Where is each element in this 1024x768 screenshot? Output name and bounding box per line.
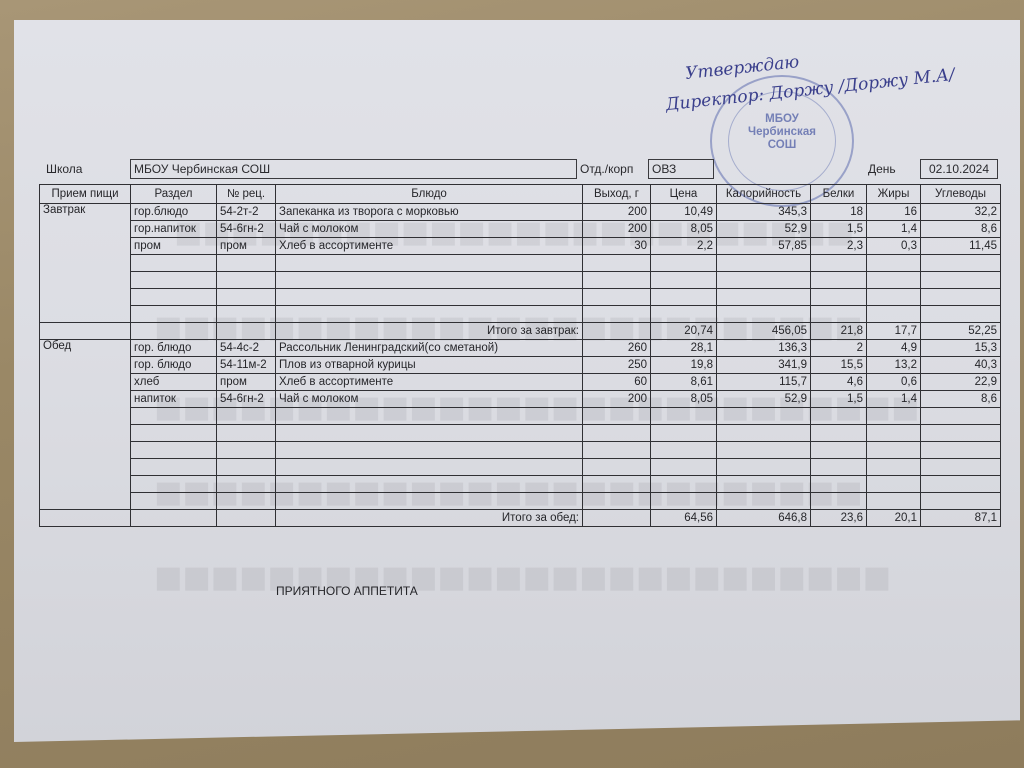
dish-cell: Рассольник Ленинградский(со сметаной)	[276, 340, 583, 357]
dish-cell	[276, 425, 583, 442]
section-cell: гор. блюдо	[131, 357, 217, 374]
total-row: Итого за обед:64,56646,823,620,187,1	[40, 510, 1001, 527]
fat-cell	[867, 408, 921, 425]
fat-cell: 0,3	[867, 238, 921, 255]
section-cell: гор.напиток	[131, 221, 217, 238]
protein-cell	[811, 476, 867, 493]
table-row-empty	[40, 306, 1001, 323]
protein-cell: 15,5	[811, 357, 867, 374]
meal-name-cell	[40, 272, 131, 289]
table-row-empty	[40, 493, 1001, 510]
dept-label: Отд./корп	[580, 162, 633, 176]
stamp-line: Чербинская	[712, 126, 852, 139]
meal-name-cell	[40, 493, 131, 510]
price-cell: 8,05	[651, 221, 717, 238]
total-kcal-cell: 456,05	[717, 323, 811, 340]
kcal-cell	[717, 459, 811, 476]
protein-cell	[811, 306, 867, 323]
protein-cell: 2	[811, 340, 867, 357]
dish-cell: Чай с молоком	[276, 221, 583, 238]
col-header-meal: Прием пищи	[40, 185, 131, 204]
stamp-line: МБОУ	[712, 113, 852, 126]
dish-cell: Плов из отварной курицы	[276, 357, 583, 374]
table-row-empty	[40, 272, 1001, 289]
total-label: Итого за обед:	[276, 510, 583, 527]
fat-cell: 0,6	[867, 374, 921, 391]
carbs-cell: 32,2	[921, 204, 1001, 221]
col-header-section: Раздел	[131, 185, 217, 204]
price-cell	[651, 493, 717, 510]
fat-cell: 1,4	[867, 221, 921, 238]
recipe-cell	[217, 289, 276, 306]
kcal-cell	[717, 272, 811, 289]
kcal-cell	[717, 493, 811, 510]
price-cell: 19,8	[651, 357, 717, 374]
dish-cell	[276, 272, 583, 289]
kcal-cell: 345,3	[717, 204, 811, 221]
section-cell: гор. блюдо	[131, 340, 217, 357]
kcal-cell	[717, 476, 811, 493]
price-cell	[651, 425, 717, 442]
price-cell: 10,49	[651, 204, 717, 221]
protein-cell	[811, 459, 867, 476]
section-cell: напиток	[131, 391, 217, 408]
fat-cell	[867, 425, 921, 442]
fat-cell	[867, 493, 921, 510]
recipe-cell	[217, 476, 276, 493]
meal-name-cell	[40, 459, 131, 476]
section-cell	[131, 476, 217, 493]
yield-cell	[583, 442, 651, 459]
menu-table: Прием пищи Раздел № рец. Блюдо Выход, г …	[39, 184, 1001, 527]
recipe-cell	[217, 493, 276, 510]
total-kcal-cell: 646,8	[717, 510, 811, 527]
col-header-price: Цена	[651, 185, 717, 204]
price-cell: 8,61	[651, 374, 717, 391]
total-carbs-cell: 87,1	[921, 510, 1001, 527]
section-cell	[131, 306, 217, 323]
meal-name-cell	[40, 289, 131, 306]
col-header-protein: Белки	[811, 185, 867, 204]
carbs-cell	[921, 272, 1001, 289]
protein-cell: 18	[811, 204, 867, 221]
protein-cell: 4,6	[811, 374, 867, 391]
table-row: гор.напиток54-6гн-2Чай с молоком2008,055…	[40, 221, 1001, 238]
table-row: напиток54-6гн-2Чай с молоком2008,0552,91…	[40, 391, 1001, 408]
recipe-cell: 54-4с-2	[217, 340, 276, 357]
yield-cell	[583, 408, 651, 425]
fat-cell: 13,2	[867, 357, 921, 374]
meal-name-cell	[40, 255, 131, 272]
carbs-cell	[921, 306, 1001, 323]
fat-cell: 4,9	[867, 340, 921, 357]
price-cell	[651, 459, 717, 476]
dish-cell	[276, 476, 583, 493]
carbs-cell	[921, 408, 1001, 425]
meal-name-cell	[40, 425, 131, 442]
yield-cell: 200	[583, 391, 651, 408]
total-recipe-cell	[217, 323, 276, 340]
kcal-cell	[717, 306, 811, 323]
protein-cell	[811, 442, 867, 459]
kcal-cell: 115,7	[717, 374, 811, 391]
carbs-cell	[921, 459, 1001, 476]
price-cell: 28,1	[651, 340, 717, 357]
recipe-cell: 54-6гн-2	[217, 221, 276, 238]
price-cell	[651, 442, 717, 459]
school-label: Школа	[46, 162, 82, 176]
total-protein-cell: 21,8	[811, 323, 867, 340]
yield-cell	[583, 425, 651, 442]
recipe-cell	[217, 459, 276, 476]
kcal-cell	[717, 425, 811, 442]
fat-cell	[867, 442, 921, 459]
recipe-cell: пром	[217, 238, 276, 255]
price-cell	[651, 408, 717, 425]
kcal-cell	[717, 442, 811, 459]
meal-name-cell	[40, 442, 131, 459]
recipe-cell: 54-2т-2	[217, 204, 276, 221]
dish-cell	[276, 255, 583, 272]
protein-cell: 1,5	[811, 221, 867, 238]
recipe-cell	[217, 425, 276, 442]
table-row-empty	[40, 425, 1001, 442]
dish-cell	[276, 493, 583, 510]
meal-name-cell	[40, 238, 131, 255]
day-label: День	[868, 162, 896, 176]
section-cell	[131, 272, 217, 289]
carbs-cell	[921, 255, 1001, 272]
table-row-empty	[40, 459, 1001, 476]
section-cell: пром	[131, 238, 217, 255]
dish-cell: Хлеб в ассортименте	[276, 374, 583, 391]
carbs-cell	[921, 289, 1001, 306]
yield-cell	[583, 255, 651, 272]
total-price-cell: 64,56	[651, 510, 717, 527]
fat-cell	[867, 255, 921, 272]
stamp-text: МБОУ Чербинская СОШ	[712, 113, 852, 152]
meal-name-cell	[40, 357, 131, 374]
total-fat-cell: 17,7	[867, 323, 921, 340]
table-row: Обедгор. блюдо54-4с-2Рассольник Ленингра…	[40, 340, 1001, 357]
meal-name-cell	[40, 408, 131, 425]
kcal-cell	[717, 255, 811, 272]
yield-cell: 250	[583, 357, 651, 374]
table-row-empty	[40, 476, 1001, 493]
carbs-cell: 15,3	[921, 340, 1001, 357]
total-carbs-cell: 52,25	[921, 323, 1001, 340]
meal-name-cell	[40, 306, 131, 323]
price-cell	[651, 476, 717, 493]
day-field: 02.10.2024	[920, 159, 998, 179]
yield-cell: 260	[583, 340, 651, 357]
dish-cell: Запеканка из творога с морковью	[276, 204, 583, 221]
recipe-cell	[217, 408, 276, 425]
price-cell	[651, 255, 717, 272]
section-cell	[131, 459, 217, 476]
recipe-cell: 54-6гн-2	[217, 391, 276, 408]
table-row-empty	[40, 255, 1001, 272]
meal-name-cell: Обед	[40, 340, 131, 357]
meal-name-cell	[40, 221, 131, 238]
fat-cell: 1,4	[867, 391, 921, 408]
stamp-line: СОШ	[712, 139, 852, 152]
protein-cell	[811, 425, 867, 442]
price-cell: 8,05	[651, 391, 717, 408]
total-label: Итого за завтрак:	[276, 323, 583, 340]
dish-cell	[276, 459, 583, 476]
kcal-cell	[717, 289, 811, 306]
col-header-dish: Блюдо	[276, 185, 583, 204]
col-header-fat: Жиры	[867, 185, 921, 204]
kcal-cell	[717, 408, 811, 425]
section-cell	[131, 289, 217, 306]
carbs-cell: 22,9	[921, 374, 1001, 391]
total-protein-cell: 23,6	[811, 510, 867, 527]
col-header-recipe: № рец.	[217, 185, 276, 204]
table-row: промпромХлеб в ассортименте302,257,852,3…	[40, 238, 1001, 255]
protein-cell	[811, 289, 867, 306]
total-row: Итого за завтрак:20,74456,0521,817,752,2…	[40, 323, 1001, 340]
table-row-empty	[40, 289, 1001, 306]
kcal-cell: 52,9	[717, 221, 811, 238]
price-cell: 2,2	[651, 238, 717, 255]
yield-cell: 60	[583, 374, 651, 391]
dish-cell: Чай с молоком	[276, 391, 583, 408]
recipe-cell: пром	[217, 374, 276, 391]
total-meal-cell	[40, 323, 131, 340]
total-recipe-cell	[217, 510, 276, 527]
meal-name-cell	[40, 476, 131, 493]
carbs-cell	[921, 493, 1001, 510]
dish-cell	[276, 408, 583, 425]
protein-cell: 1,5	[811, 391, 867, 408]
col-header-kcal: Калорийность	[717, 185, 811, 204]
total-meal-cell	[40, 510, 131, 527]
fat-cell: 16	[867, 204, 921, 221]
total-yield-cell	[583, 323, 651, 340]
protein-cell	[811, 493, 867, 510]
yield-cell: 200	[583, 204, 651, 221]
footer-text: ПРИЯТНОГО АППЕТИТА	[276, 584, 418, 598]
yield-cell	[583, 476, 651, 493]
protein-cell: 2,3	[811, 238, 867, 255]
yield-cell	[583, 493, 651, 510]
table-row-empty	[40, 442, 1001, 459]
total-section-cell	[131, 510, 217, 527]
carbs-cell: 8,6	[921, 221, 1001, 238]
total-section-cell	[131, 323, 217, 340]
fat-cell	[867, 272, 921, 289]
meal-name-cell: Завтрак	[40, 204, 131, 221]
dish-cell: Хлеб в ассортименте	[276, 238, 583, 255]
table-row: Завтракгор.блюдо54-2т-2Запеканка из твор…	[40, 204, 1001, 221]
carbs-cell: 8,6	[921, 391, 1001, 408]
col-header-carbs: Углеводы	[921, 185, 1001, 204]
meal-name-cell	[40, 391, 131, 408]
price-cell	[651, 289, 717, 306]
school-field: МБОУ Чербинская СОШ	[130, 159, 577, 179]
price-cell	[651, 306, 717, 323]
yield-cell	[583, 289, 651, 306]
dish-cell	[276, 306, 583, 323]
fat-cell	[867, 289, 921, 306]
protein-cell	[811, 408, 867, 425]
kcal-cell: 52,9	[717, 391, 811, 408]
dish-cell	[276, 289, 583, 306]
section-cell	[131, 425, 217, 442]
total-fat-cell: 20,1	[867, 510, 921, 527]
yield-cell	[583, 272, 651, 289]
recipe-cell	[217, 272, 276, 289]
section-cell	[131, 408, 217, 425]
carbs-cell: 11,45	[921, 238, 1001, 255]
kcal-cell: 341,9	[717, 357, 811, 374]
fat-cell	[867, 476, 921, 493]
carbs-cell	[921, 442, 1001, 459]
kcal-cell: 57,85	[717, 238, 811, 255]
section-cell: гор.блюдо	[131, 204, 217, 221]
table-row: гор. блюдо54-11м-2Плов из отварной куриц…	[40, 357, 1001, 374]
yield-cell	[583, 459, 651, 476]
recipe-cell: 54-11м-2	[217, 357, 276, 374]
recipe-cell	[217, 306, 276, 323]
yield-cell: 200	[583, 221, 651, 238]
recipe-cell	[217, 255, 276, 272]
dish-cell	[276, 442, 583, 459]
section-cell	[131, 493, 217, 510]
kcal-cell: 136,3	[717, 340, 811, 357]
recipe-cell	[217, 442, 276, 459]
section-cell	[131, 255, 217, 272]
fat-cell	[867, 459, 921, 476]
table-row: хлебпромХлеб в ассортименте608,61115,74,…	[40, 374, 1001, 391]
protein-cell	[811, 255, 867, 272]
menu-table-body: Завтракгор.блюдо54-2т-2Запеканка из твор…	[40, 204, 1001, 527]
carbs-cell	[921, 425, 1001, 442]
yield-cell	[583, 306, 651, 323]
fat-cell	[867, 306, 921, 323]
yield-cell: 30	[583, 238, 651, 255]
total-yield-cell	[583, 510, 651, 527]
show-through-texture: ■■■■■■■■■■■■■■■■■■■■■■■■■■	[154, 560, 891, 595]
protein-cell	[811, 272, 867, 289]
table-row-empty	[40, 408, 1001, 425]
section-cell: хлеб	[131, 374, 217, 391]
carbs-cell	[921, 476, 1001, 493]
carbs-cell: 40,3	[921, 357, 1001, 374]
total-price-cell: 20,74	[651, 323, 717, 340]
table-header-row: Прием пищи Раздел № рец. Блюдо Выход, г …	[40, 185, 1001, 204]
col-header-yield: Выход, г	[583, 185, 651, 204]
meal-name-cell	[40, 374, 131, 391]
dept-field: ОВЗ	[648, 159, 714, 179]
price-cell	[651, 272, 717, 289]
section-cell	[131, 442, 217, 459]
